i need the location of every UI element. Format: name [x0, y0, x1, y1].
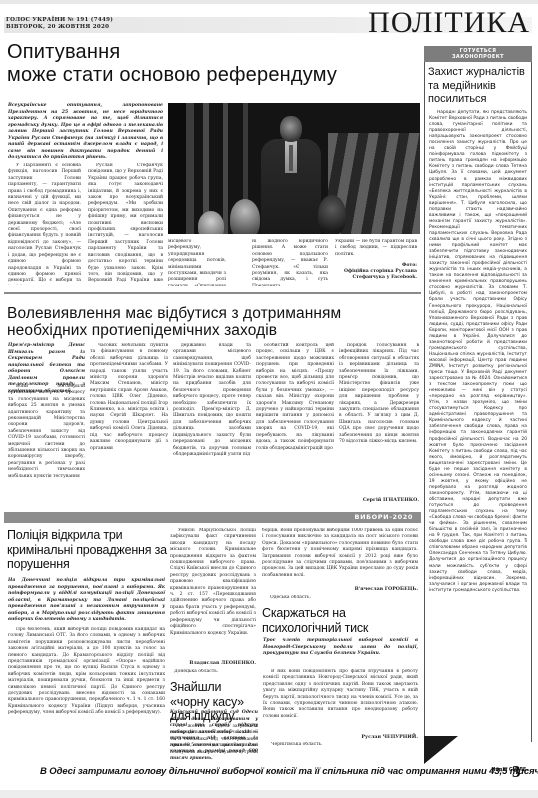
article5-body: 15 жовтня в Одесі затримали голову дільн…	[170, 724, 258, 756]
footer-teaser: В Одесі затримали голову дільничної вибо…	[40, 766, 538, 777]
article3-col2: Умисні Маріупольської поліції зафіксувал…	[170, 528, 256, 658]
article2-byline: Сергій ІГНАТЕНКО.	[339, 497, 419, 503]
sidebar-title: Захист журналістів та медійників посилит…	[428, 66, 530, 107]
photo-credit-text: Офіційна сторінка Руслана Стефанчука у F…	[335, 269, 417, 281]
article2-lead: Прем'єр-міністр Денис Шмигаль разом із С…	[8, 343, 85, 383]
article2-col4: особистий контроль цей процес, оскільки …	[256, 343, 334, 505]
article1-col1: У Парламенті є основна функція, наголоси…	[8, 163, 81, 285]
article4-region: Одеська область.	[262, 595, 418, 603]
article6-region: Чернігівська область.	[263, 742, 418, 750]
article2-col2: часових мобільних пунктів та фінансуванн…	[90, 343, 168, 505]
section-title: ПОЛІТИКА	[368, 8, 530, 38]
photo-speaker	[168, 103, 420, 234]
article6-lead: Троє членів територіальної виборчої комі…	[263, 638, 418, 666]
article3-region: Донецька область.	[170, 669, 256, 677]
article6-body: В них вони повідомляють про факти втруча…	[263, 669, 418, 732]
page-number: 3	[512, 762, 521, 782]
article1-headline: Опитування може стати основою референдум…	[7, 41, 427, 87]
sidebar-kicker: ГОТУЄТЬСЯ ЗАКОНОПРОЕКТ	[424, 46, 532, 62]
article1-col3: місцевого референдуму, упорядкування сер…	[168, 239, 226, 286]
page-fold-corner	[424, 736, 458, 764]
article1-col2: Руслан Стефанчук повідомив, що у Верховн…	[88, 163, 163, 285]
masthead-issue: ГОЛОС УКРАЇНИ № 191 (7449) ВІВТОРОК, 20 …	[6, 17, 113, 31]
sidebar-box: ГОТУЄТЬСЯ ЗАКОНОПРОЕКТ Захист журналісті…	[424, 46, 532, 746]
kicker-line-2: ЗАКОНОПРОЕКТ	[424, 54, 532, 60]
headline-line-1: Опитування	[7, 41, 427, 64]
article4-body: борців. Вони пропонували виборцям 1000 г…	[262, 528, 418, 576]
headline-line-2: може стати основою референдуму	[7, 64, 427, 87]
headline-line-1: Волевиявлення має відбутися з дотримання…	[7, 305, 422, 322]
article2-headline: Волевиявлення має відбутися з дотримання…	[7, 305, 422, 339]
article1-col4: ні жодного юридичного рішення. А може ст…	[252, 239, 328, 286]
band-label: ВИБОРИ-2020	[355, 513, 413, 522]
article3-byline: Владислав ЛЕОНЕНКО.	[170, 660, 256, 666]
article3-headline: Поліція відкрила три кримінальні провадж…	[7, 528, 167, 572]
photo-credit: Фото: Офіційна сторінка Руслана Стефанчу…	[335, 263, 417, 281]
section-band: ВИБОРИ-2020	[4, 512, 421, 523]
top-strip	[0, 0, 538, 4]
article1-lead: Всеукраїнське опитування, запропоноване …	[8, 103, 163, 157]
bottom-strip	[0, 790, 538, 798]
divider	[4, 292, 421, 294]
article6-headline: Скаржаться на психологічний тиск	[262, 606, 420, 635]
issue-date: ВІВТОРОК, 20 ЖОВТНЯ 2020	[6, 24, 113, 31]
article4-byline: В'ячеслав ГОРОБЕЦЬ.	[262, 586, 418, 592]
headline-line-2: необхідних протиепідемічних заходів	[7, 322, 422, 339]
article3-col1: Про бюлетень, який виборчій поліції пові…	[8, 627, 165, 739]
sidebar-text: Народні депутати, які представляють Комі…	[429, 110, 527, 742]
article2-col1: Вони обговорили організацію виборчого пр…	[8, 384, 85, 504]
paper-name: ГОЛОС УКРАЇНИ № 191 (7449)	[6, 17, 113, 24]
newspaper-page: ГОЛОС УКРАЇНИ № 191 (7449) ВІВТОРОК, 20 …	[0, 0, 538, 798]
article2-col5: порядок голосування в інфекційних лікарн…	[339, 343, 419, 493]
article6-byline: Руслан ЧЕПУРНИЙ.	[263, 734, 418, 740]
article3-lead: На Донеччині поліція відкрила три кримін…	[8, 578, 165, 625]
article2-col3: державної влади та органами місцевого са…	[173, 343, 251, 505]
article1-col5: України — не бути гарантом прав і свобод…	[335, 239, 417, 259]
